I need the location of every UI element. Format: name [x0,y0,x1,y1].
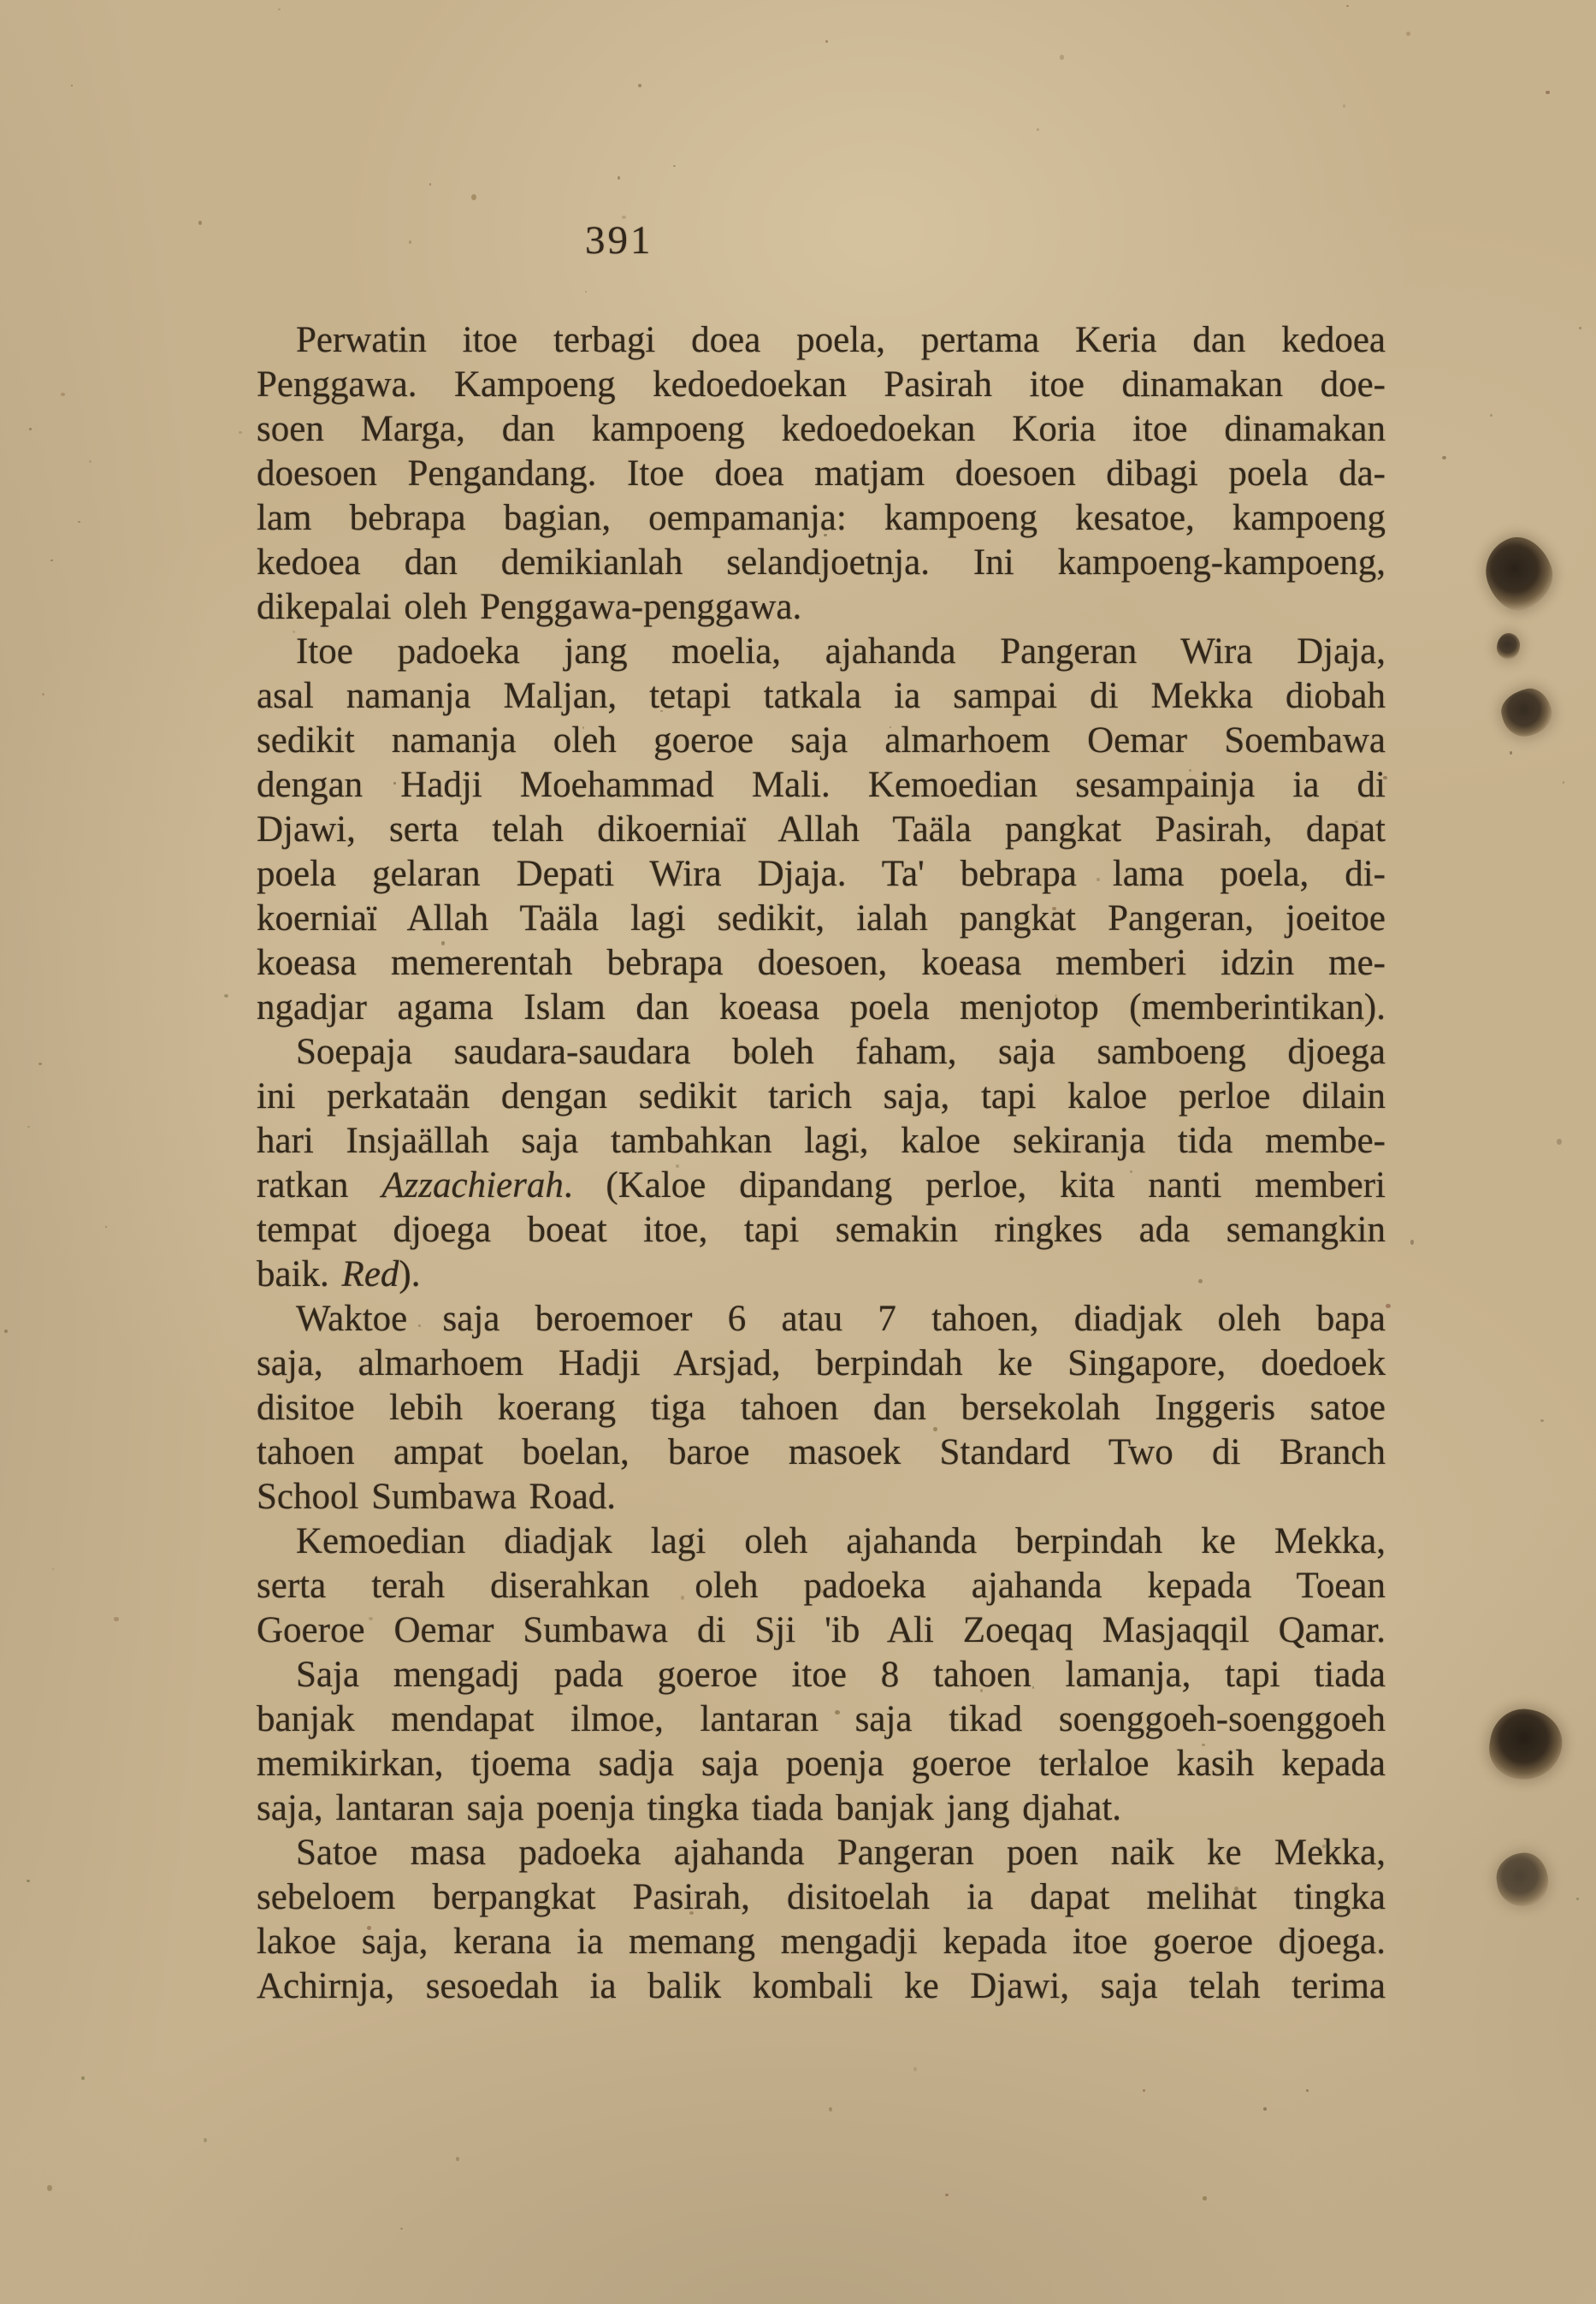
paper-speck [1143,2089,1145,2092]
ink-blot [1485,1704,1567,1785]
text-line: serta terah diserahkan oleh padoeka ajah… [257,1564,1386,1608]
text-line: Saja mengadj pada goeroe itoe 8 tahoen l… [257,1653,1386,1697]
paper-speck [829,2107,832,2112]
body-text: Perwatin itoe terbagi doea poela, pertam… [257,318,1386,2009]
paper-speck [456,2157,459,2161]
text-line: banjak mendapat ilmoe, lantaran saja tik… [257,1697,1386,1742]
paper-speck [89,460,92,463]
text-line: ngadjar agama Islam dan koeasa poela men… [257,986,1386,1030]
paper-speck [429,183,431,186]
paper-speck [1060,55,1064,60]
text-line: kedoea dan demikianlah selandjoetnja. In… [257,541,1386,585]
paper-speck [1442,456,1446,459]
text-line: sedikit namanja oleh goeroe saja almarho… [257,719,1386,763]
paper-speck [61,393,65,396]
paper-speck [1386,1304,1391,1308]
paper-speck [4,1330,8,1333]
text-line: doesoen Pengandang. Itoe doea matjam doe… [257,452,1386,496]
paper-speck [400,2228,403,2230]
text-line: hari Insjaällah saja tambahkan lagi, kal… [257,1119,1386,1164]
paper-speck [409,240,411,244]
paper-speck [1510,751,1512,755]
text-line: Penggawa. Kampoeng kedoedoekan Pasirah i… [257,363,1386,407]
paper-speck [50,560,53,561]
paper-speck [1540,1419,1544,1422]
paper-speck [278,9,281,10]
paper-speck [1343,104,1345,108]
paper-speck [78,521,80,523]
text-line: Achirnja, sesoedah ia balik kombali ke D… [257,1964,1386,2009]
paper-speck [52,1568,54,1570]
paper-speck [1203,2196,1207,2200]
paper-speck [239,431,242,434]
paper-speck [198,221,202,225]
paper-speck [1406,32,1410,36]
paper-speck [1557,1139,1562,1145]
text-line: soen Marga, dan kampoeng kedoedoekan Kor… [257,407,1386,452]
text-line: dengan Hadji Moehammad Mali. Kemoedian s… [257,763,1386,808]
paper-speck [1346,5,1349,7]
paper-speck [1490,414,1493,417]
text-line: memikirkan, tjoema sadja saja poenja goe… [257,1742,1386,1786]
paper-speck [1037,128,1039,131]
text-line: poela gelaran Depati Wira Djaja. Ta' beb… [257,852,1386,897]
paper-speck [585,291,587,293]
text-line: Soepaja saudara-saudara boleh faham, saj… [257,1030,1386,1075]
text-line: ini perkataän dengan sedikit tarich saja… [257,1075,1386,1119]
paper-speck [913,2067,917,2071]
paper-speck [47,2185,52,2191]
paper-speck [114,1617,119,1621]
text-line: tempat djoega boeat itoe, tapi semakin r… [257,1208,1386,1253]
paper-speck [38,1063,42,1065]
text-line: tahoen ampat boelan, baroe masoek Standa… [257,1430,1386,1475]
text-line: lakoe saja, kerana ia memang mengadji ke… [257,1920,1386,1964]
ink-blot [1476,529,1562,619]
paper-speck [27,1126,30,1128]
text-line: koeasa memerentah bebrapa doesoen, koeas… [257,941,1386,986]
paper-speck [27,1880,30,1882]
ink-blot [1493,1850,1552,1910]
paper-speck [638,84,641,87]
paper-speck [71,85,73,86]
paper-speck [1563,781,1564,784]
paper-speck [1576,1898,1579,1900]
text-line: Djawi, serta telah dikoerniaï Allah Taäl… [257,808,1386,852]
text-line: Kemoedian diadjak lagi oleh ajahanda ber… [257,1519,1386,1564]
ink-blot [1496,632,1521,660]
text-line: sebeloem berpangkat Pasirah, disitoelah … [257,1875,1386,1920]
paper-speck [1546,91,1550,94]
text-line: School Sumbawa Road. [257,1475,1386,1519]
paper-speck [618,176,620,180]
text-line: Perwatin itoe terbagi doea poela, pertam… [257,318,1386,363]
paper-speck [204,2138,207,2142]
text-line: ratkan Azzachierah. (Kaloe dipandang per… [257,1164,1386,1208]
text-line: disitoe lebih koerang tiga tahoen dan be… [257,1386,1386,1430]
text-line: Satoe masa padoeka ajahanda Pangeran poe… [257,1831,1386,1875]
paper-speck [1306,2089,1309,2092]
page-number: 391 [585,219,653,262]
text-line: saja, lantaran saja poenja tingka tiada … [257,1786,1386,1831]
ink-blot [1497,684,1556,741]
paper-speck [105,1226,107,1228]
scanned-book-page: { "page": { "number": "391", "paragraphs… [0,0,1596,2304]
paper-speck [471,194,476,200]
text-line: baik. Red). [257,1253,1386,1297]
text-line: Itoe padoeka jang moelia, ajahanda Pange… [257,630,1386,674]
paper-speck [1263,2107,1267,2111]
text-line: Waktoe saja beroemoer 6 atau 7 tahoen, d… [257,1297,1386,1342]
text-line: saja, almarhoem Hadji Arsjad, berpindah … [257,1342,1386,1386]
paper-speck [29,428,32,430]
paper-speck [945,2194,949,2196]
paper-speck [42,693,44,696]
paper-speck [224,994,228,998]
paper-speck [673,165,676,167]
text-line: Goeroe Oemar Sumbawa di Sji 'ib Ali Zoeq… [257,1608,1386,1653]
text-line: koerniaï Allah Taäla lagi sedikit, ialah… [257,897,1386,941]
paper-speck [81,2076,85,2080]
paper-speck [1410,1240,1414,1245]
paper-speck [1579,327,1581,329]
text-line: asal namanja Maljan, tetapi tatkala ia s… [257,674,1386,719]
paper-speck [825,40,828,43]
text-line: lam bebrapa bagian, oempamanja: kampoeng… [257,496,1386,541]
text-line: dikepalai oleh Penggawa-penggawa. [257,585,1386,630]
